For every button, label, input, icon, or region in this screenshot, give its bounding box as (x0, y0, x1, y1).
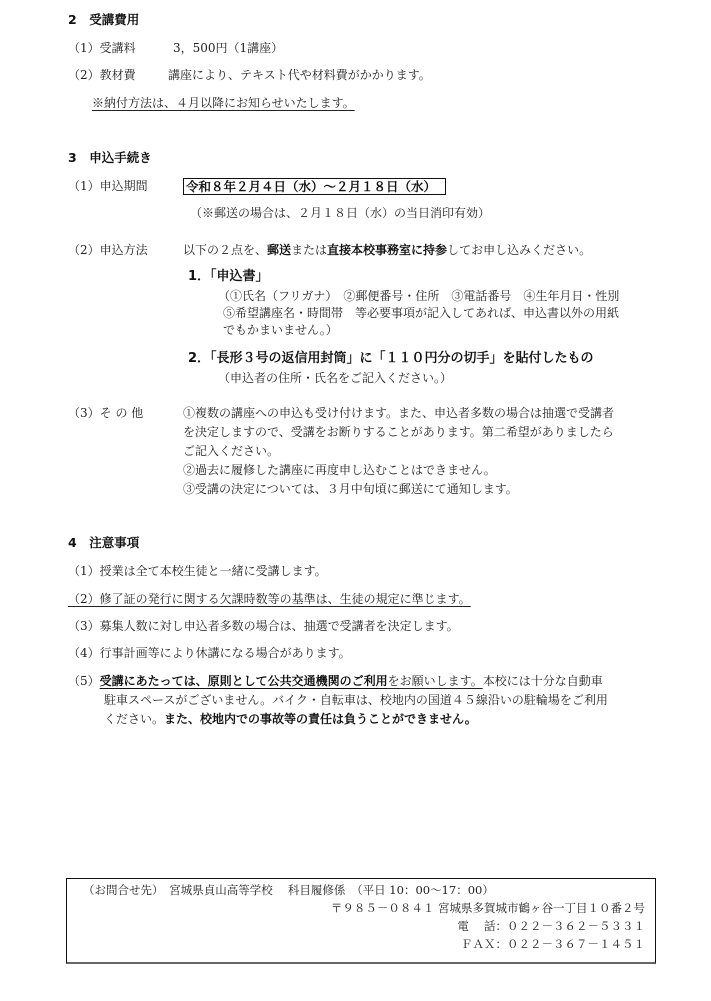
other-line2: を決定しますので、受講をお断りすることがあります。第二希望がありましたら (183, 424, 614, 440)
requirement-1-title: 1．「申込書」 (188, 269, 269, 285)
requirement-1-line2: ⑤希望講座名・時間帯 等必要事項が記入してあれば、申込書以外の用紙 (223, 305, 619, 321)
method-in-person: 直接本校事務室に持参 (327, 243, 447, 257)
contact-fax: ＦＡＸ：０２２－３６７－１４５１ (461, 936, 645, 952)
postmark-note: （※郵送の場合は、２月１８日（水）の当日消印有効） (190, 205, 490, 221)
fee-label: （1）受講料 (68, 40, 136, 56)
method-intro: 以下の２点を、郵送または直接本校事務室に持参してお申し込みください。 (183, 242, 591, 258)
public-transport-notice: 受講にあたっては、原則として公共交通機関のご利用 (100, 674, 388, 688)
application-period-box: 令和８年２月４日（水）～２月１８日（水） (183, 178, 446, 195)
requirement-2-title: 2．「長形３号の返信用封筒」に「１１０円分の切手」を貼付したもの (188, 351, 594, 367)
section-heading-procedure: 3 申込手続き (68, 150, 152, 166)
note-item-1: （1）授業は全て本校生徒と一緒に受講します。 (68, 563, 327, 579)
fee-value: 3，500円（1講座） (173, 40, 283, 56)
note-item-5-line3: ください。また、校地内での事故等の責任は負うことができません。 (104, 711, 477, 727)
section-heading-fees: 2 受講費用 (68, 12, 139, 28)
contact-address: 〒９８５－０８４１ 宮城県多賀城市鶴ヶ谷一丁目１０番２号 (331, 900, 645, 916)
other-line4: ②過去に履修した講座に再度申し込むことはできません。 (183, 462, 496, 478)
section-heading-notes: 4 注意事項 (68, 535, 139, 551)
requirement-2-note: （申込者の住所・氏名をご記入ください。） (218, 370, 452, 386)
method-intro-end: してお申し込みください。 (447, 243, 591, 257)
note-item-5-line3-text: ください。 (104, 712, 164, 726)
note-item-2-text: （2）修了証の発行に関する欠課時数等の基準は、生徒の規定に準じます。 (68, 592, 471, 606)
other-line3: ご記入ください。 (183, 443, 279, 459)
period-label: （1）申込期間 (68, 178, 148, 194)
note-item-3: （3）募集人数に対し申込者多数の場合は、抽選で受講者を決定します。 (68, 618, 459, 634)
contact-header: （お問合せ先） 宮城県貞山高等学校 科目履修係 （平日 10：00～17：00） (83, 882, 494, 898)
payment-note: ※納付方法は、４月以降にお知らせいたします。 (92, 95, 355, 111)
material-fee-value: 講座により、テキスト代や材料費がかかります。 (168, 67, 431, 83)
requirement-1-line3: でもかまいません。） (223, 322, 338, 338)
liability-notice: また、校地内での事故等の責任は負うことができません。 (164, 712, 477, 726)
note-item-5-line1: （5）受講にあたっては、原則として公共交通機関のご利用をお願いします。本校には十… (68, 673, 603, 689)
method-mail: 郵送 (267, 243, 291, 257)
application-period-value: 令和８年２月４日（水）～２月１８日（水） (186, 179, 436, 194)
request-text: をお願いします。 (388, 674, 483, 688)
method-intro-text: 以下の２点を、 (183, 243, 267, 257)
method-label: （2）申込方法 (68, 242, 148, 258)
note-item-2: （2）修了証の発行に関する欠課時数等の基準は、生徒の規定に準じます。 (68, 591, 471, 607)
note-item-5-line2: 駐車スペースがございません。バイク・自転車は、校地内の国道４５線沿いの駐輪場をご… (104, 692, 608, 708)
note-item-5-label: （5） (68, 674, 100, 688)
method-or: または (291, 243, 327, 257)
contact-box: （お問合せ先） 宮城県貞山高等学校 科目履修係 （平日 10：00～17：00）… (66, 878, 656, 964)
material-fee-label: （2）教材費 (68, 67, 136, 83)
parking-text: 本校には十分な自動車 (483, 674, 603, 688)
other-line5: ③受講の決定については、３月中旬頃に郵送にて通知します。 (183, 481, 518, 497)
requirement-1-line1: （①氏名（フリガナ） ②郵便番号・住所 ③電話番号 ④生年月日・性別 (218, 288, 619, 304)
contact-phone: 電 話：０２２－３６２－５３３１ (457, 918, 645, 934)
note-item-4: （4）行事計画等により休講になる場合があります。 (68, 645, 351, 661)
other-line1: ①複数の講座への申込も受け付けます。また、申込者多数の場合は抽選で受講者 (183, 405, 614, 421)
other-label: （3）そ の 他 (68, 405, 143, 421)
